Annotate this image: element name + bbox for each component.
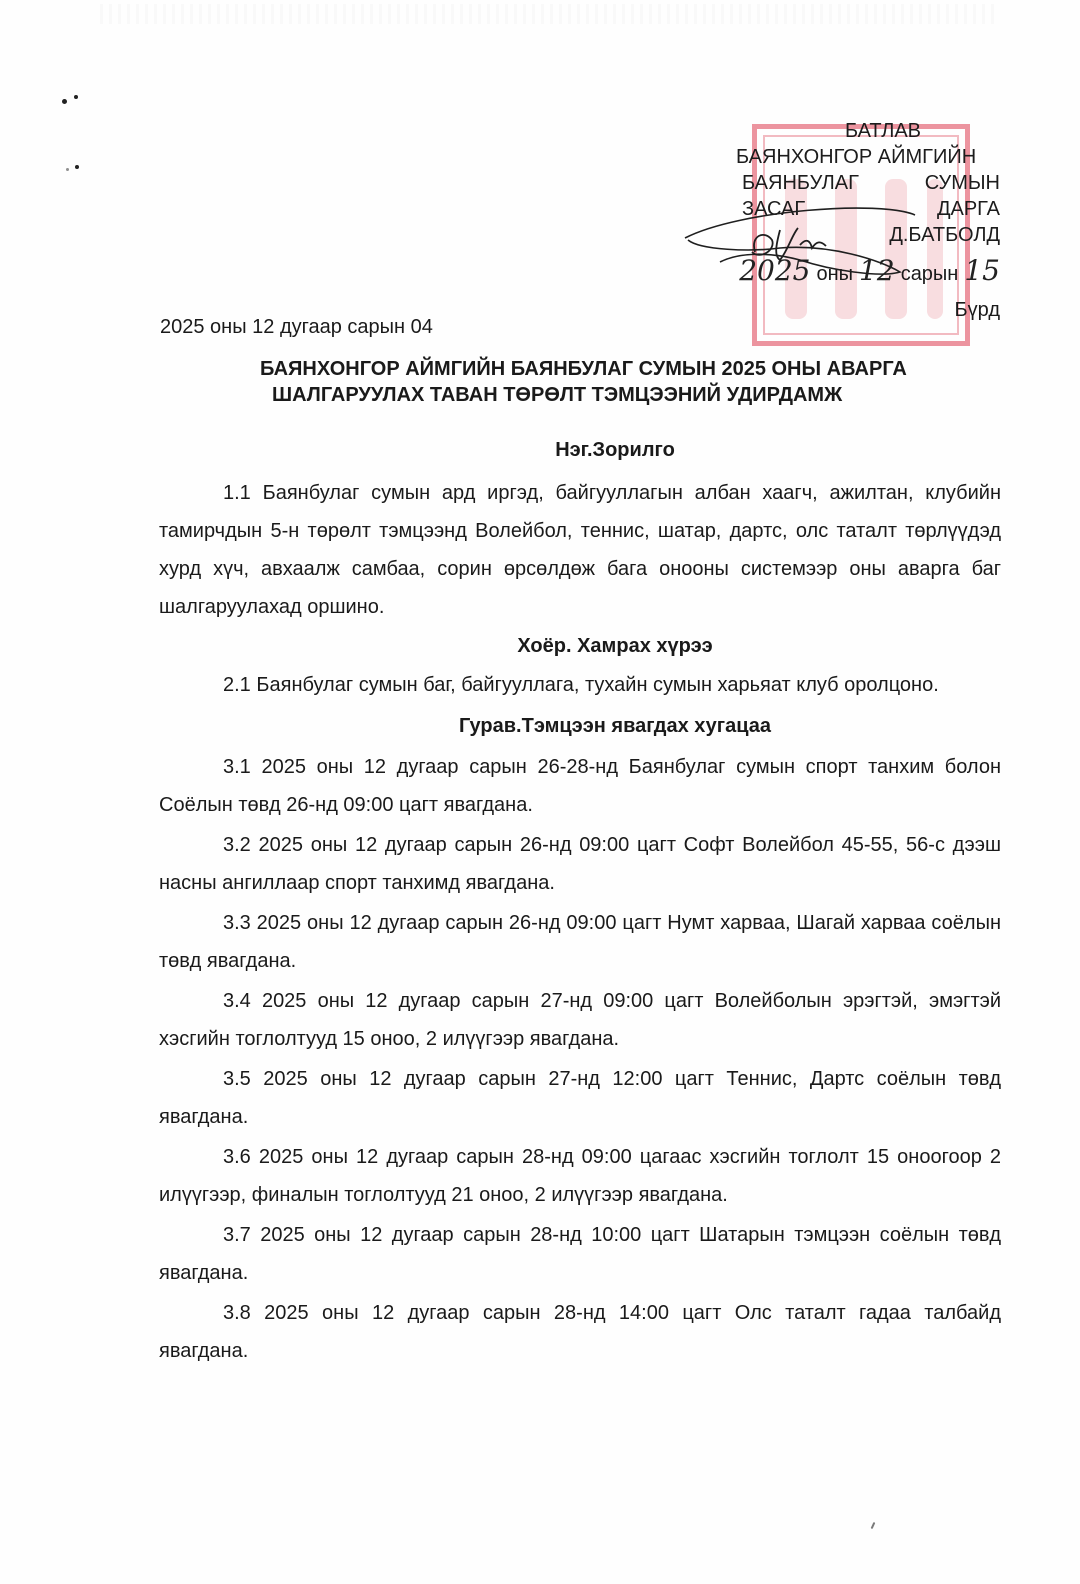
scan-speck	[871, 1522, 876, 1529]
paragraph-3-6: 3.6 2025 оны 12 дугаар сарын 28-нд 09:00…	[159, 1138, 1001, 1214]
document-date: 2025 оны 12 дугаар сарын 04	[160, 316, 433, 339]
document-page: БАТЛАВ БАЯНХОНГОР АЙМГИЙН БАЯНБУЛАГ СУМЫ…	[0, 0, 1080, 1584]
approval-soum-label: СУМЫН	[925, 170, 1000, 196]
paragraph-2-1: 2.1 Баянбулаг сумын баг, байгууллага, ту…	[159, 666, 1001, 704]
section-heading-purpose: Нэг.Зорилго	[159, 436, 1001, 464]
scan-speck	[66, 168, 69, 171]
approval-date-day: 15	[964, 254, 1000, 287]
scan-speck	[75, 165, 79, 169]
paragraph-3-5: 3.5 2025 оны 12 дугаар сарын 27-нд 12:00…	[159, 1060, 1001, 1136]
paragraph-3-3: 3.3 2025 оны 12 дугаар сарын 26-нд 09:00…	[159, 904, 1001, 980]
paragraph-3-1: 3.1 2025 оны 12 дугаар сарын 26-28-нд Ба…	[159, 748, 1001, 824]
paragraph-3-8: 3.8 2025 оны 12 дугаар сарын 28-нд 14:00…	[159, 1294, 1001, 1370]
document-title: БАЯНХОНГОР АЙМГИЙН БАЯНБУЛАГ СУМЫН 2025 …	[160, 356, 1060, 408]
section-heading-scope: Хоёр. Хамрах хүрээ	[159, 632, 1001, 660]
paragraph-3-7: 3.7 2025 оны 12 дугаар сарын 28-нд 10:00…	[159, 1216, 1001, 1292]
approval-title: БАТЛАВ	[736, 118, 1000, 144]
approval-position-right: ДАРГА	[937, 196, 1000, 222]
document-title-line1: БАЯНХОНГОР АЙМГИЙН БАЯНБУЛАГ СУМЫН 2025 …	[160, 356, 1060, 382]
approval-place: Бүрд	[736, 299, 1000, 322]
scan-speck	[62, 99, 67, 104]
document-body: Нэг.Зорилго 1.1 Баянбулаг сумын ард иргэ…	[159, 436, 1001, 1370]
paragraph-3-2: 3.2 2025 оны 12 дугаар сарын 26-нд 09:00…	[159, 826, 1001, 902]
scan-speck	[74, 95, 78, 99]
signature-icon	[680, 190, 920, 300]
paragraph-1-1: 1.1 Баянбулаг сумын ард иргэд, байгуулла…	[159, 474, 1001, 626]
paragraph-3-4: 3.4 2025 оны 12 дугаар сарын 27-нд 09:00…	[159, 982, 1001, 1058]
approval-aimag: БАЯНХОНГОР АЙМГИЙН	[736, 144, 1000, 170]
document-title-line2: ШАЛГАРУУЛАХ ТАВАН ТӨРӨЛТ ТЭМЦЭЭНИЙ УДИРД…	[160, 382, 1060, 408]
section-heading-schedule: Гурав.Тэмцээн явагдах хугацаа	[159, 712, 1001, 740]
scan-artifact	[100, 4, 1000, 24]
